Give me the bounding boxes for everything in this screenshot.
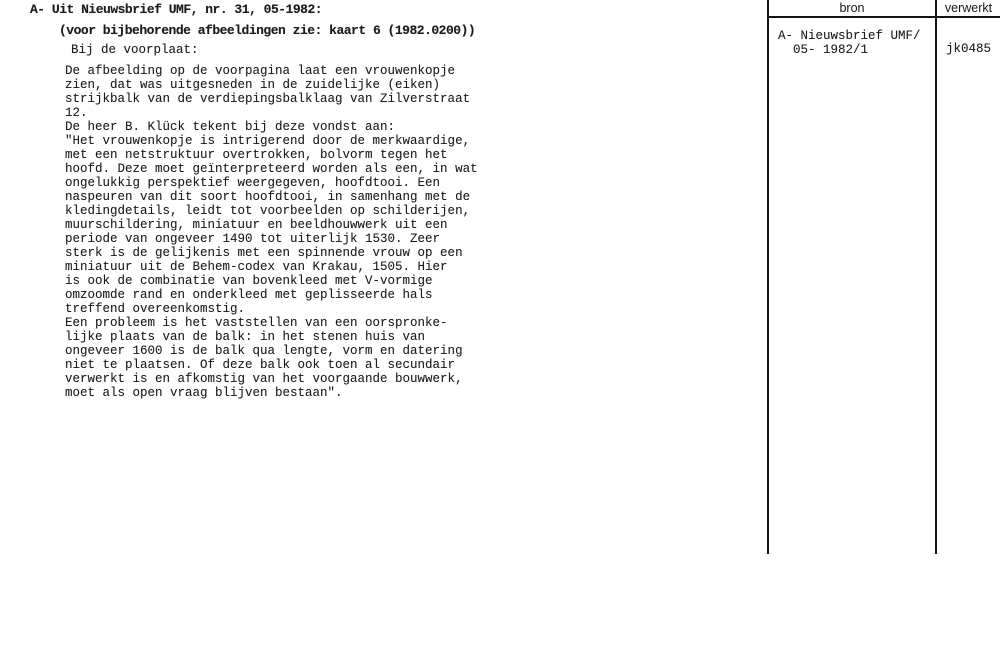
document-title: A- Uit Nieuwsbrief UMF, nr. 31, 05-1982: <box>30 2 322 17</box>
document-body-text: De afbeelding op de voorpagina laat een … <box>65 64 478 400</box>
table-header-rule <box>767 16 1000 18</box>
table-border-middle <box>935 0 937 554</box>
verwerkt-entry: jk0485 <box>946 42 991 56</box>
table-border-left <box>767 0 769 554</box>
scanned-document-page: A- Uit Nieuwsbrief UMF, nr. 31, 05-1982:… <box>0 0 1000 646</box>
document-subtitle: (voor bijbehorende afbeeldingen zie: kaa… <box>59 23 475 38</box>
column-header-verwerkt: verwerkt <box>937 1 1000 15</box>
column-header-bron: bron <box>769 1 935 15</box>
section-label: Bij de voorplaat: <box>71 43 199 57</box>
bron-entry: A- Nieuwsbrief UMF/ 05- 1982/1 <box>778 29 921 57</box>
